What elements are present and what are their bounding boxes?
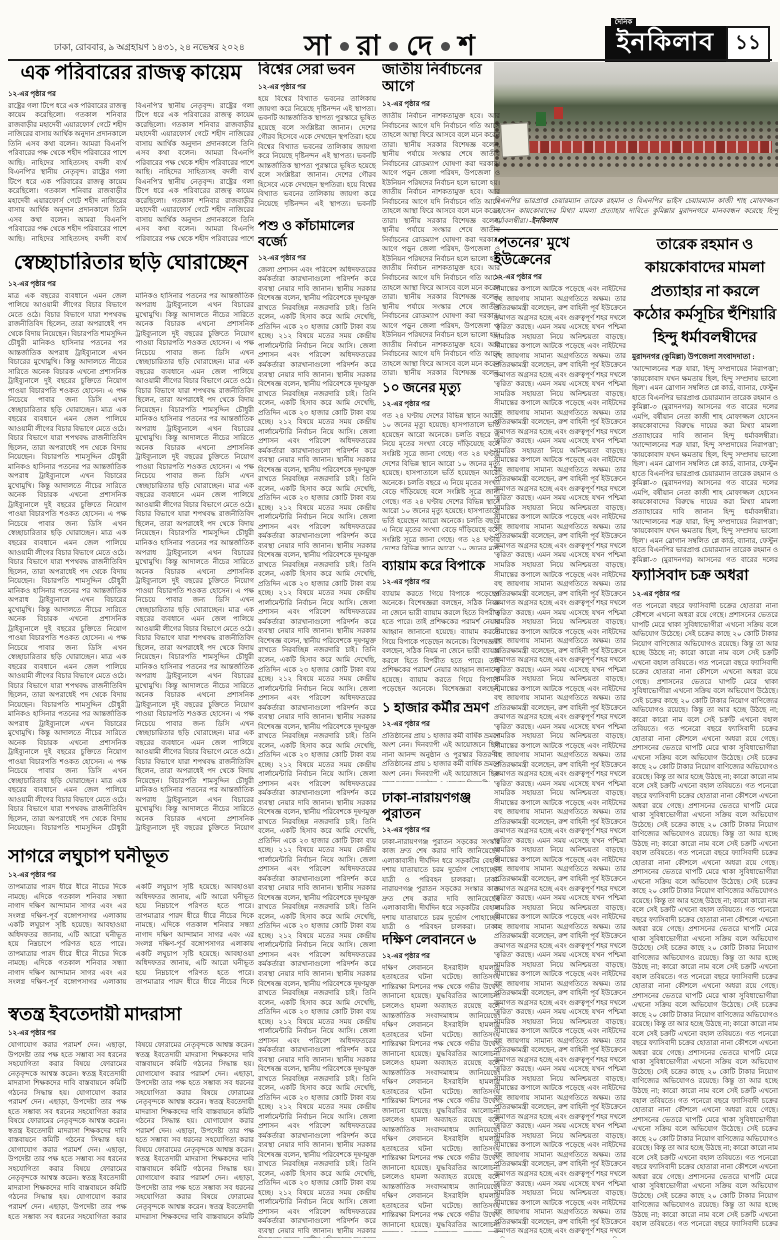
story-ek-poribarer-rajotto: এক পরিবারের রাজত্ব কায়েম ১২-এর পৃষ্ঠার … (8, 62, 254, 250)
continued-marker: ১২-এর পৃষ্ঠার পর (8, 88, 254, 100)
red-flag (554, 107, 563, 119)
road (494, 177, 778, 194)
separator-dot-icon (389, 42, 398, 51)
story-fascibad-chokro-odhora: ফ্যাসিবাদ চক্র অধরা ১২-এর পৃষ্ঠার পর গত … (632, 568, 778, 1238)
continued-marker: ১২-এর পৃষ্ঠার পর (258, 81, 376, 93)
body-text: দক্ষিণ লেবাননে ইসরাইলি হামলায় হতাহতের ঘ… (382, 964, 500, 1232)
headline: ব্যায়াম করে বিপাকে (382, 558, 500, 574)
section-letter: দে (406, 31, 433, 62)
header-rule (8, 59, 772, 61)
caption-rule (494, 229, 778, 230)
story-poshu-kachamaler-borjo: পশু ও কাঁচামালের বর্জ্যে ১২-এর পৃষ্ঠার প… (258, 218, 376, 1238)
story-potoner-mukhe-ukraine: 'পতনের' মুখে ইউক্রেনের ১২-এর পৃষ্ঠার পর … (494, 236, 626, 1238)
body-text: জাতীয় নির্বাচন নাশকতামুক্ত হবে। আর নির্… (382, 112, 500, 378)
headline: স্বেচ্ছাচারিতার ছড়ি ঘোরাচ্ছেন (8, 252, 254, 276)
body-text: তাপমাত্রার পারদ ধীরে ধীরে নীচের দিকে নাম… (8, 883, 254, 995)
story-dokkhin-lebanon: দক্ষিণ লেবাননে ৬ ১২-এর পৃষ্ঠার পর দক্ষিণ… (382, 932, 500, 1238)
masthead: দৈনিক ইনকিলাব ১১ (605, 26, 770, 63)
dateline: ঢাকা, রোববার, ৯ অগ্রহায়ণ ১৪৩১, ২৪ নভেম্… (54, 40, 245, 55)
body-text: প্রতিষ্ঠানের প্রায় ১ হাজার কর্মী বার্ষি… (382, 732, 500, 782)
continued-marker: ১২-এর পৃষ্ঠার পর (8, 278, 254, 290)
section-letter: সা (304, 31, 332, 62)
continued-marker: ১২-এর পৃষ্ঠার পর (8, 869, 254, 881)
placard (500, 122, 530, 157)
body-text: যোগাযোগ করার পরামর্শ দেন। এছাড়া, উপদেষ্… (8, 1041, 254, 1229)
headline: সাগরে লঘুচাপ ঘনীভূত (8, 846, 254, 867)
body-text: রাষ্ট্রের গলা টিপে ধরে এক পরিবারের রাজত্… (8, 102, 254, 248)
news-photo (494, 62, 778, 194)
body-text: 'আন্দোলনের শত্রু যারা, হিন্দু সম্প্রদায়… (632, 365, 778, 564)
continued-marker: ১২-এর পৃষ্ঠার পর (382, 950, 500, 962)
daily-label: দৈনিক (611, 18, 637, 28)
continued-marker: ১২-এর পৃষ্ঠার পর (8, 1027, 254, 1039)
headline: জাতীয় নির্বাচনের আগে (382, 62, 500, 96)
separator-dot-icon (441, 42, 450, 51)
story-shecchacharitar-chhori: স্বেচ্ছাচারিতার ছড়ি ঘোরাচ্ছেন ১২-এর পৃষ… (8, 252, 254, 844)
body-text: সীমান্তের কপালে আটকে পড়েছে এবং নাইটদের … (494, 285, 626, 1238)
newspaper-logo: দৈনিক ইনকিলাব (605, 26, 726, 63)
section-letter: শ (458, 31, 476, 62)
story-tarek-rahman-mamla: তারেক রহমান ও কায়কোবাদের মামলা প্রত্যাহ… (632, 234, 778, 564)
continued-marker: ১২-এর পৃষ্ঠার পর (382, 718, 500, 730)
headline: তারেক রহমান ও কায়কোবাদের মামলা প্রত্যাহ… (632, 234, 778, 350)
story-jatiyo-nirbachoner-age: জাতীয় নির্বাচনের আগে ১২-এর পৃষ্ঠার পর জ… (382, 62, 500, 378)
body-text: ঢাকা-নারায়ণগঞ্জ পুরাতন সড়কের সংস্কার ক… (382, 838, 500, 930)
story-dosh-joner-mrityu: ১০ জনের মৃত্যু ১২-এর পৃষ্ঠার পর গত ২৪ ঘণ… (382, 380, 500, 556)
body-text: জেলা প্রশাসন এবং পরিবেশ অধিদফতরের কর্মকর… (258, 266, 376, 1238)
continued-marker: ১২-এর পৃষ্ঠার পর (258, 252, 376, 264)
separator-dot-icon (340, 42, 349, 51)
body-text: হয়ে বিশ্বের বিখ্যাত ভবনের তালিকায় জায়… (258, 95, 376, 207)
body-text: গত ২৪ ঘণ্টায় দেশের বিভিন্ন স্থানে আরো ১… (382, 412, 500, 550)
headline: ফ্যাসিবাদ চক্র অধরা (632, 568, 778, 586)
continued-marker: ১২-এর পৃষ্ঠার পর (382, 824, 500, 836)
headline: এক পরিবারের রাজত্ব কায়েম (8, 62, 254, 86)
headline: ঢাকা-নারায়ণগঞ্জ পুরাতন (382, 790, 500, 822)
body-text: মাত্র এক বছরের ব্যবধানে এমন জেল পালিয়ে … (8, 292, 254, 840)
page-number: ১১ (726, 26, 770, 63)
body-text: গত পনেরো বছরে ফ্যাসিবাদী চক্রের হোতারা ন… (632, 602, 778, 1228)
continued-marker: ১২-এর পৃষ্ঠার পর (632, 588, 778, 600)
body-text: ব্যায়াম করতে গিয়ে বিপাকে পড়েছেন অনেকে… (382, 590, 500, 692)
story-beyam-kore-bipake: ব্যায়াম করে বিপাকে ১২-এর পৃষ্ঠার পর ব্য… (382, 558, 500, 698)
continued-marker: ১২-এর পৃষ্ঠার পর (382, 576, 500, 588)
continued-marker: ১২-এর পৃষ্ঠার পর (382, 98, 500, 110)
byline: মুরাদনগর (কুমিল্লা) উপজেলা সংবাদদাতা : (632, 352, 778, 364)
green-flag (536, 112, 546, 126)
headline: দক্ষিণ লেবাননে ৬ (382, 932, 500, 948)
headline: 'পতনের' মুখে ইউক্রেনের (494, 236, 626, 269)
headline: বিশ্বের সেরা ভবন (258, 62, 376, 79)
photo-caption: বিএনপির ভারপ্রাপ্ত চেয়ারম্যান তারেক রহম… (494, 197, 778, 226)
continued-marker: ১২-এর পৃষ্ঠার পর (494, 271, 626, 283)
headline: ১০ জনের মৃত্যু (382, 380, 500, 396)
newspaper-page: ঢাকা, রোববার, ৯ অগ্রহায়ণ ১৪৩১, ২৪ নভেম্… (0, 0, 780, 1240)
continued-marker: ১২-এর পৃষ্ঠার পর (382, 398, 500, 410)
story-shotontro-ibtedayi-madrasa: স্বতন্ত্র ইবতেদায়ী মাদরাসা ১২-এর পৃষ্ঠা… (8, 1004, 254, 1236)
headline: পশু ও কাঁচামালের বর্জ্যে (258, 218, 376, 250)
story-dhaka-narayanganj-puraton: ঢাকা-নারায়ণগঞ্জ পুরাতন ১২-এর পৃষ্ঠার পর… (382, 790, 500, 930)
protest-banner (505, 141, 772, 153)
story-ek-hajar-kormir-bhromon: ১ হাজার কর্মীর ভ্রমণ ১২-এর পৃষ্ঠার পর প্… (382, 700, 500, 788)
section-letter: রা (357, 31, 382, 62)
story-bishsher-sera-bhobon: বিশ্বের সেরা ভবন ১২-এর পৃষ্ঠার পর হয়ে ব… (258, 62, 376, 214)
photo-credit: -ইনকিলাব (529, 217, 557, 225)
headline: ১ হাজার কর্মীর ভ্রমণ (382, 700, 500, 716)
headline: স্বতন্ত্র ইবতেদায়ী মাদরাসা (8, 1004, 254, 1025)
story-sagore-loghuchap: সাগরে লঘুচাপ ঘনীভূত ১২-এর পৃষ্ঠার পর তাপ… (8, 846, 254, 1002)
